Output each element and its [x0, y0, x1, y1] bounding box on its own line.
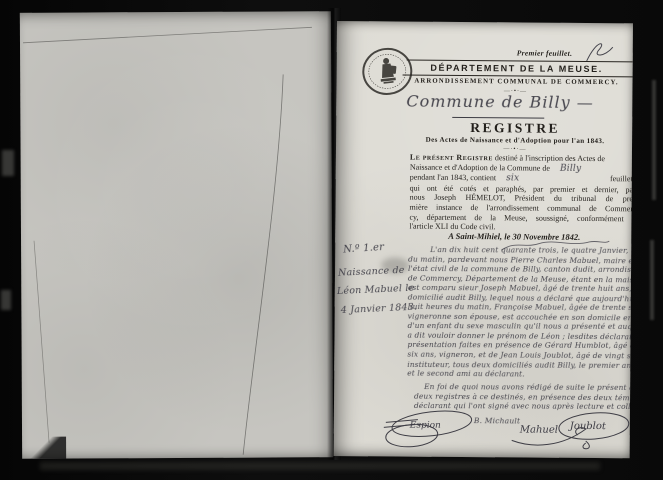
- scan-edge-artifact: [2, 150, 14, 176]
- preamble-text: Naissance et d'Adoption de la Commune de: [410, 162, 550, 173]
- preamble-text: feuillets: [610, 174, 633, 184]
- svg-text:Espion: Espion: [409, 421, 441, 431]
- premier-feuillet-label: Premier feuillet.: [517, 48, 573, 57]
- arrondissement-title: ARRONDISSEMENT COMMUNAL DE COMMERCY.: [399, 77, 633, 86]
- margin-note-line: 4 Janvier 1843.: [341, 302, 418, 316]
- act-line: et le second ami au déclarant.: [407, 369, 633, 380]
- departement-title: DÉPARTEMENT DE LA MEUSE.: [399, 62, 633, 74]
- commune-handwritten-line: Commune de Billy —: [406, 92, 594, 112]
- svg-text:Joublot: Joublot: [568, 421, 607, 432]
- scan-bottom-reflection: [40, 462, 600, 470]
- left-blank-page: [20, 11, 333, 459]
- feuillets-count-fill-in: six: [506, 175, 519, 185]
- commune-fill-in: Billy: [560, 164, 581, 174]
- registre-title: REGISTRE: [398, 119, 632, 137]
- preamble-text: pendant l'an 1843, contient: [410, 173, 496, 183]
- commune-underline: [452, 117, 544, 119]
- preamble-text: destiné à l'inscription des Actes de: [493, 153, 605, 163]
- page-edge-artifact: [652, 80, 656, 200]
- page-edge-artifact: [650, 240, 654, 320]
- book-scan: Premier feuillet. DÉPARTEMENT DE LA MEUS…: [0, 0, 663, 480]
- margin-note-line: Léon Mabuel le: [337, 283, 415, 297]
- signature-joublot: Joublot: [556, 407, 633, 454]
- birth-act-handwritten-text: L'an dix huit cent quarante trois, le qu…: [407, 245, 633, 380]
- scan-edge-artifact: [1, 290, 11, 310]
- signature-flourish-espion: Espion: [380, 405, 476, 454]
- registre-subtitle: Des Actes de Naissance et d'Adoption pou…: [398, 135, 632, 145]
- handwritten-paraph-icon: [583, 37, 617, 67]
- preamble-paragraph: Le présent Registre destiné à l'inscript…: [409, 153, 633, 234]
- svg-text:Mahuel: Mahuel: [519, 424, 558, 435]
- act-number-margin-note: N.º 1.er: [343, 242, 385, 256]
- paper-crease-lines: [20, 11, 333, 459]
- preamble-lead: Le présent Registre: [410, 153, 493, 163]
- corner-fold-shadow: [22, 437, 66, 459]
- margin-note-line: Naissance de: [338, 265, 405, 279]
- register-page: Premier feuillet. DÉPARTEMENT DE LA MEUS…: [334, 21, 633, 458]
